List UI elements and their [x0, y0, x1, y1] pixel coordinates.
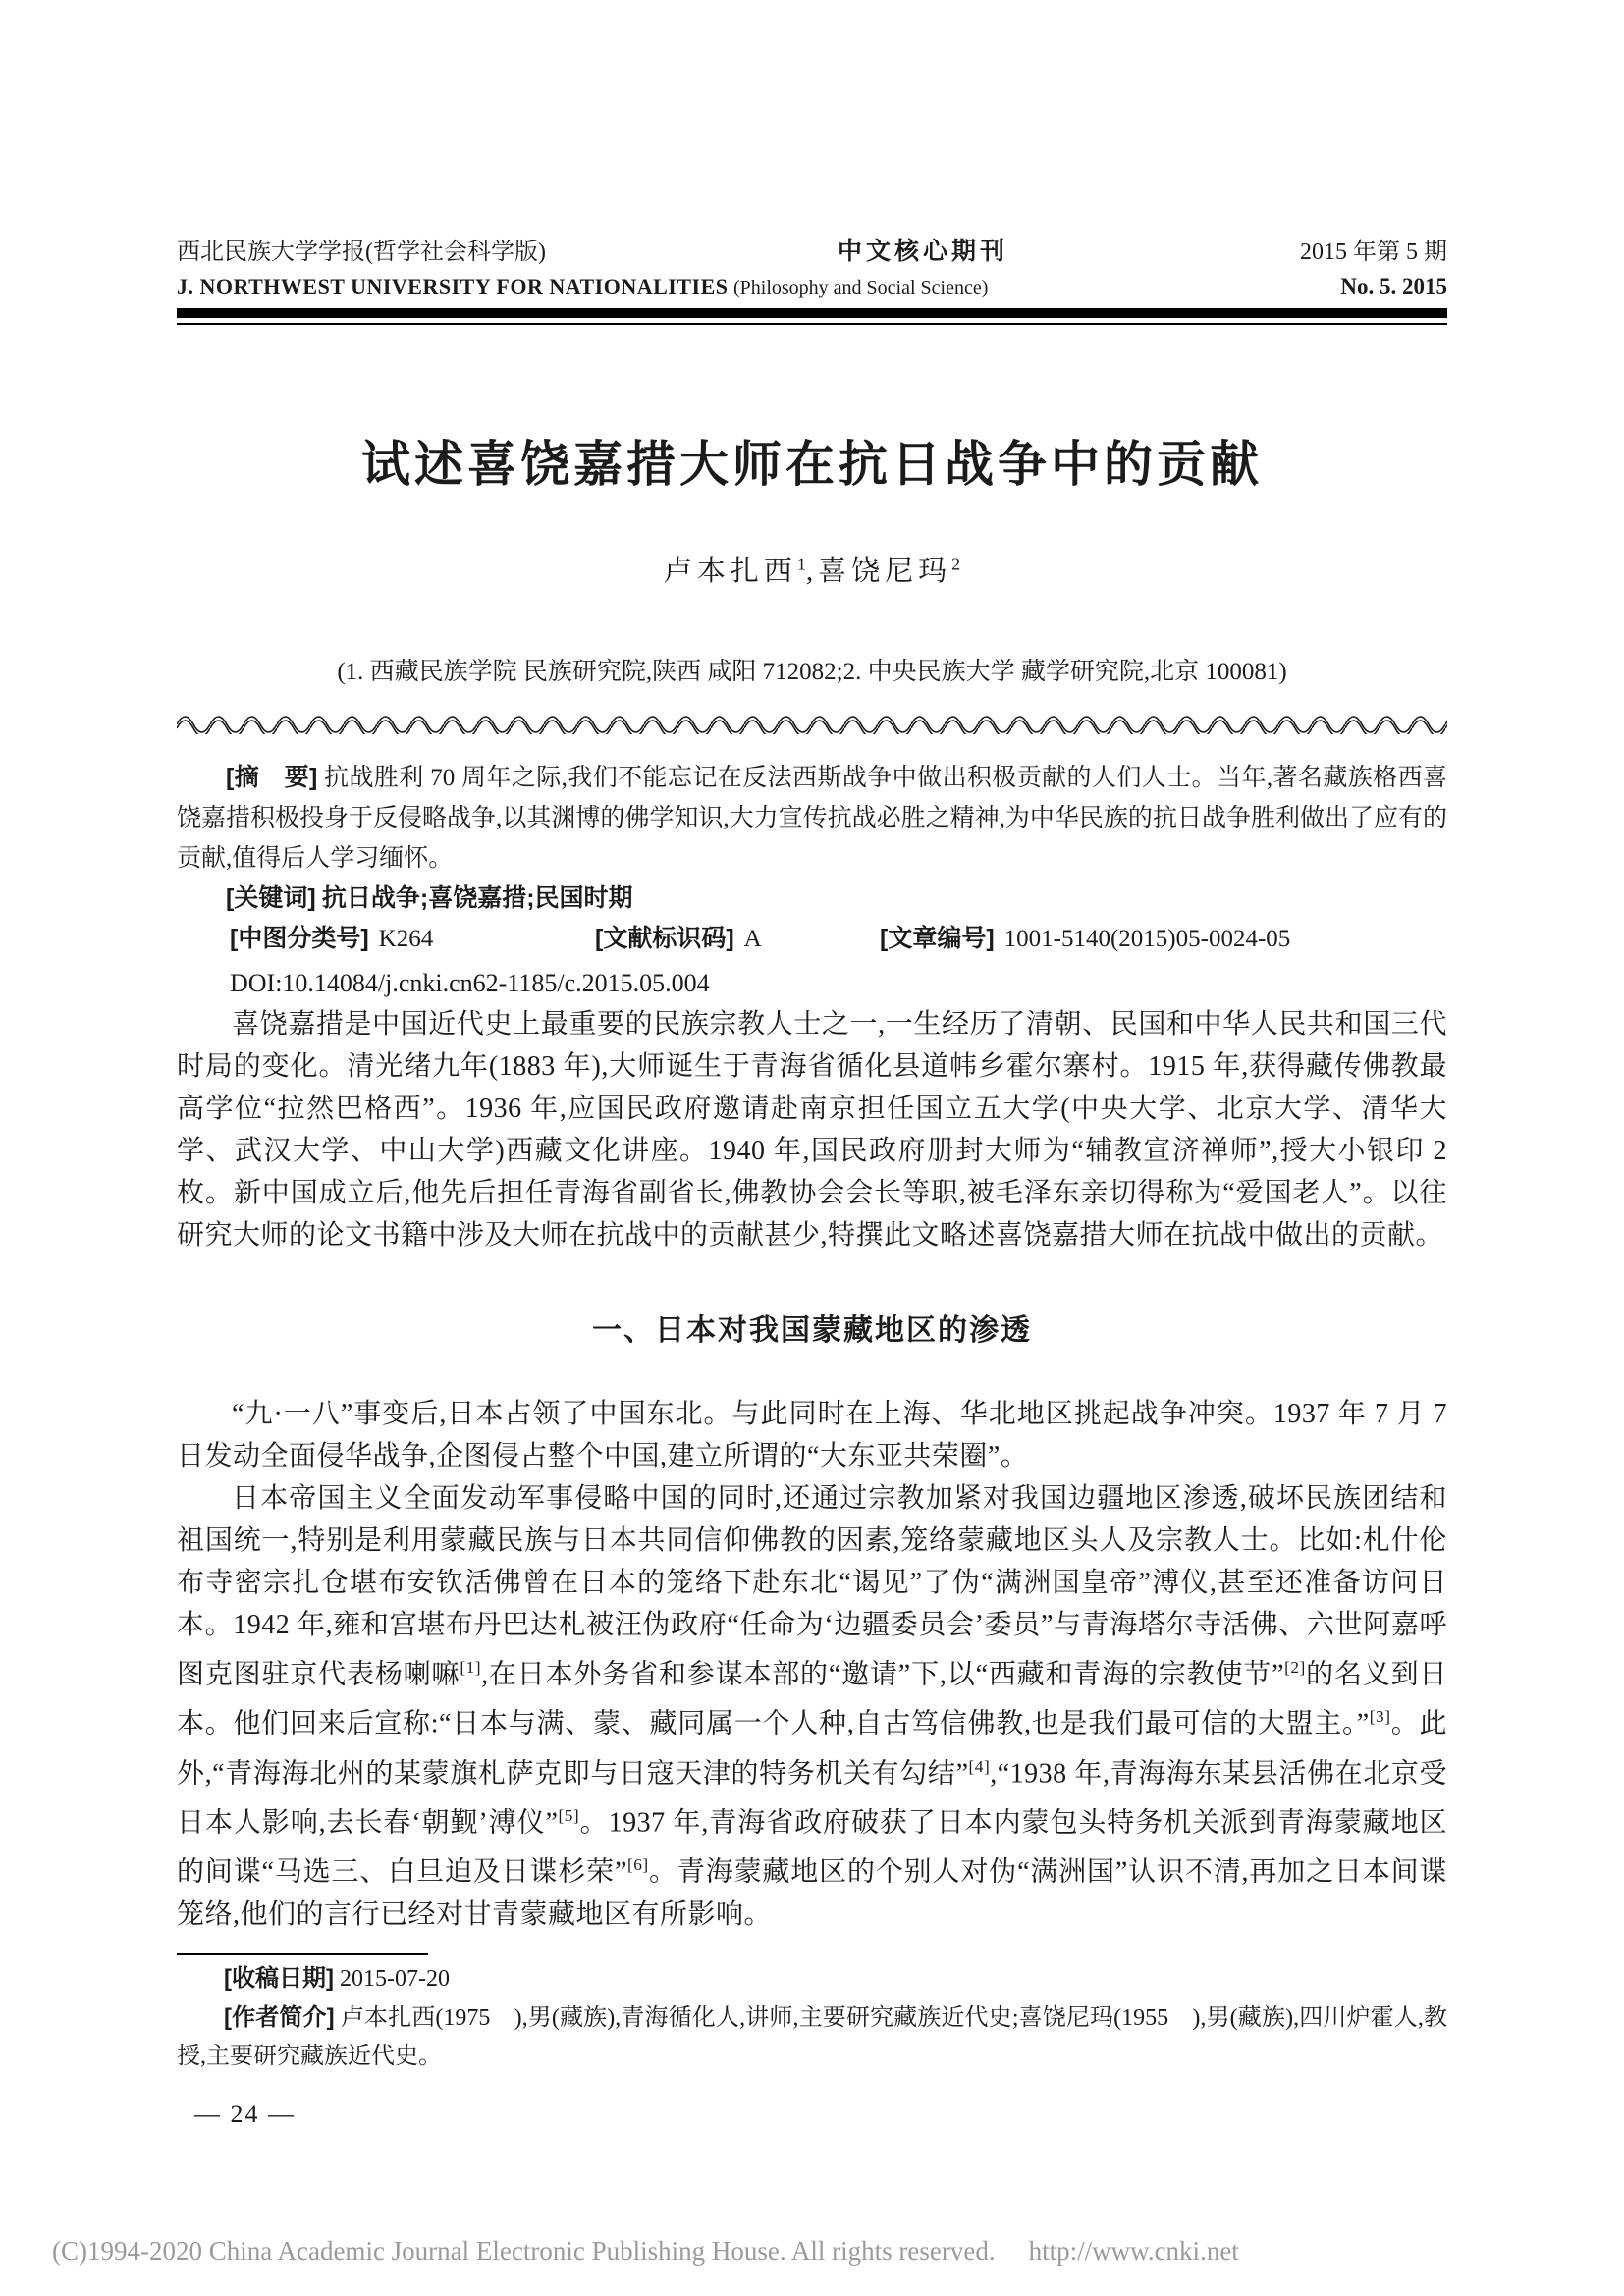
doc-code-value: A [744, 926, 762, 952]
footnote-block: [收稿日期] 2015-07-20 [作者简介] 卢本扎西(1975 ),男(藏… [177, 1959, 1447, 2076]
article-id-group: [文章编号]1001-5140(2015)05-0024-05 [880, 919, 1290, 959]
affiliation-line: (1. 西藏民族学院 民族研究院,陕西 咸阳 712082;2. 中央民族大学 … [177, 652, 1447, 687]
received-date-line: [收稿日期] 2015-07-20 [177, 1959, 1447, 1999]
author-bio-label: [作者简介] [224, 2004, 335, 2031]
author-name: ,喜饶尼玛 [806, 556, 951, 587]
page-number: — 24 — [177, 2100, 1447, 2129]
copyright-line: (C)1994-2020 China Academic Journal Elec… [52, 2236, 1239, 2267]
classification-line: [中图分类号]K264 [文献标识码]A [文章编号]1001-5140(201… [177, 919, 1447, 959]
received-date-value: 2015-07-20 [340, 1966, 450, 1992]
body-paragraph-2: “九·一八”事变后,日本占领了中国东北。与此同时在上海、华北地区挑起战争冲突。1… [177, 1393, 1447, 1477]
citation-ref: [2] [1284, 1658, 1306, 1677]
article-id-value: 1001-5140(2015)05-0024-05 [1004, 926, 1291, 952]
keywords-line: [关键词] 抗日战争;喜饶嘉措;民国时期 [177, 879, 1447, 919]
citation-ref: [1] [460, 1658, 481, 1677]
page-content: 西北民族大学学报(哲学社会科学版) 中文核心期刊 2015 年第 5 期 J. … [177, 0, 1447, 2129]
citation-ref: [6] [627, 1855, 649, 1874]
author-affil-marker: 2 [951, 554, 960, 573]
doi-line: DOI:10.14084/j.cnki.cn62-1185/c.2015.05.… [177, 963, 1447, 1003]
copyright-text: (C)1994-2020 China Academic Journal Elec… [52, 2236, 996, 2266]
author-bio-text: 卢本扎西(1975 ),男(藏族),青海循化人,讲师,主要研究藏族近代史;喜饶尼… [177, 2005, 1447, 2069]
header-rule-thick [177, 308, 1447, 318]
core-journal-label: 中文核心期刊 [838, 232, 1008, 267]
abstract-label: [摘 要] [226, 764, 317, 791]
keywords-label: [关键词] [226, 884, 316, 912]
body-paragraph-3: 日本帝国主义全面发动军事侵略中国的同时,还通过宗教加紧对我国边疆地区渗透,破坏民… [177, 1477, 1447, 1936]
author-name: 卢本扎西 [664, 556, 797, 587]
author-line: 卢本扎西1,喜饶尼玛2 [177, 549, 1447, 589]
citation-ref: [5] [558, 1806, 579, 1825]
doc-code-label: [文献标识码] [595, 925, 734, 952]
doc-code-group: [文献标识码]A [595, 919, 880, 959]
journal-header: 西北民族大学学报(哲学社会科学版) 中文核心期刊 2015 年第 5 期 J. … [177, 232, 1447, 325]
author-affil-marker: 1 [797, 554, 806, 573]
received-date-label: [收稿日期] [224, 1965, 334, 1992]
journal-name-cn: 西北民族大学学报(哲学社会科学版) [177, 232, 546, 266]
keywords-text: 抗日战争;喜饶嘉措;民国时期 [322, 884, 633, 912]
citation-ref: [3] [1370, 1707, 1391, 1726]
clc-value: K264 [379, 926, 434, 952]
cnki-url: http://www.cnki.net [1029, 2236, 1239, 2266]
footnote-separator [177, 1953, 428, 1955]
author-bio-line: [作者简介] 卢本扎西(1975 ),男(藏族),青海循化人,讲师,主要研究藏族… [177, 1999, 1447, 2076]
journal-name-en: J. NORTHWEST UNIVERSITY FOR NATIONALITIE… [177, 274, 729, 298]
article-id-label: [文章编号] [880, 925, 995, 952]
body-paragraph-1: 喜饶嘉措是中国近代史上最重要的民族宗教人士之一,一生经历了清朝、民国和中华人民共… [177, 1003, 1447, 1256]
header-row-cn: 西北民族大学学报(哲学社会科学版) 中文核心期刊 2015 年第 5 期 [177, 232, 1447, 267]
issue-info-cn: 2015 年第 5 期 [1300, 232, 1447, 266]
article-title: 试述喜饶嘉措大师在抗日战争中的贡献 [177, 425, 1447, 496]
clc-group: [中图分类号]K264 [230, 919, 595, 959]
journal-name-en-sub: (Philosophy and Social Science) [733, 277, 988, 298]
journal-page: 西北民族大学学报(哲学社会科学版) 中文核心期刊 2015 年第 5 期 J. … [0, 0, 1624, 2296]
wavy-divider [177, 713, 1447, 734]
header-row-en: J. NORTHWEST UNIVERSITY FOR NATIONALITIE… [177, 274, 1447, 299]
journal-name-en-wrap: J. NORTHWEST UNIVERSITY FOR NATIONALITIE… [177, 274, 988, 299]
citation-ref: [4] [969, 1757, 991, 1776]
issue-info-en: No. 5. 2015 [1340, 274, 1447, 299]
section-heading-1: 一、日本对我国蒙藏地区的渗透 [177, 1306, 1447, 1349]
clc-label: [中图分类号] [230, 925, 369, 952]
abstract-paragraph: [摘 要] 抗战胜利 70 周年之际,我们不能忘记在反法西斯战争中做出积极贡献的… [177, 758, 1447, 879]
header-rule-thin [177, 323, 1447, 325]
paragraph-text: ,在日本外务省和参谋本部的“邀请”下,以“西藏和青海的宗教使节” [481, 1659, 1284, 1689]
abstract-text: 抗战胜利 70 周年之际,我们不能忘记在反法西斯战争中做出积极贡献的人们人士。当… [177, 765, 1447, 872]
